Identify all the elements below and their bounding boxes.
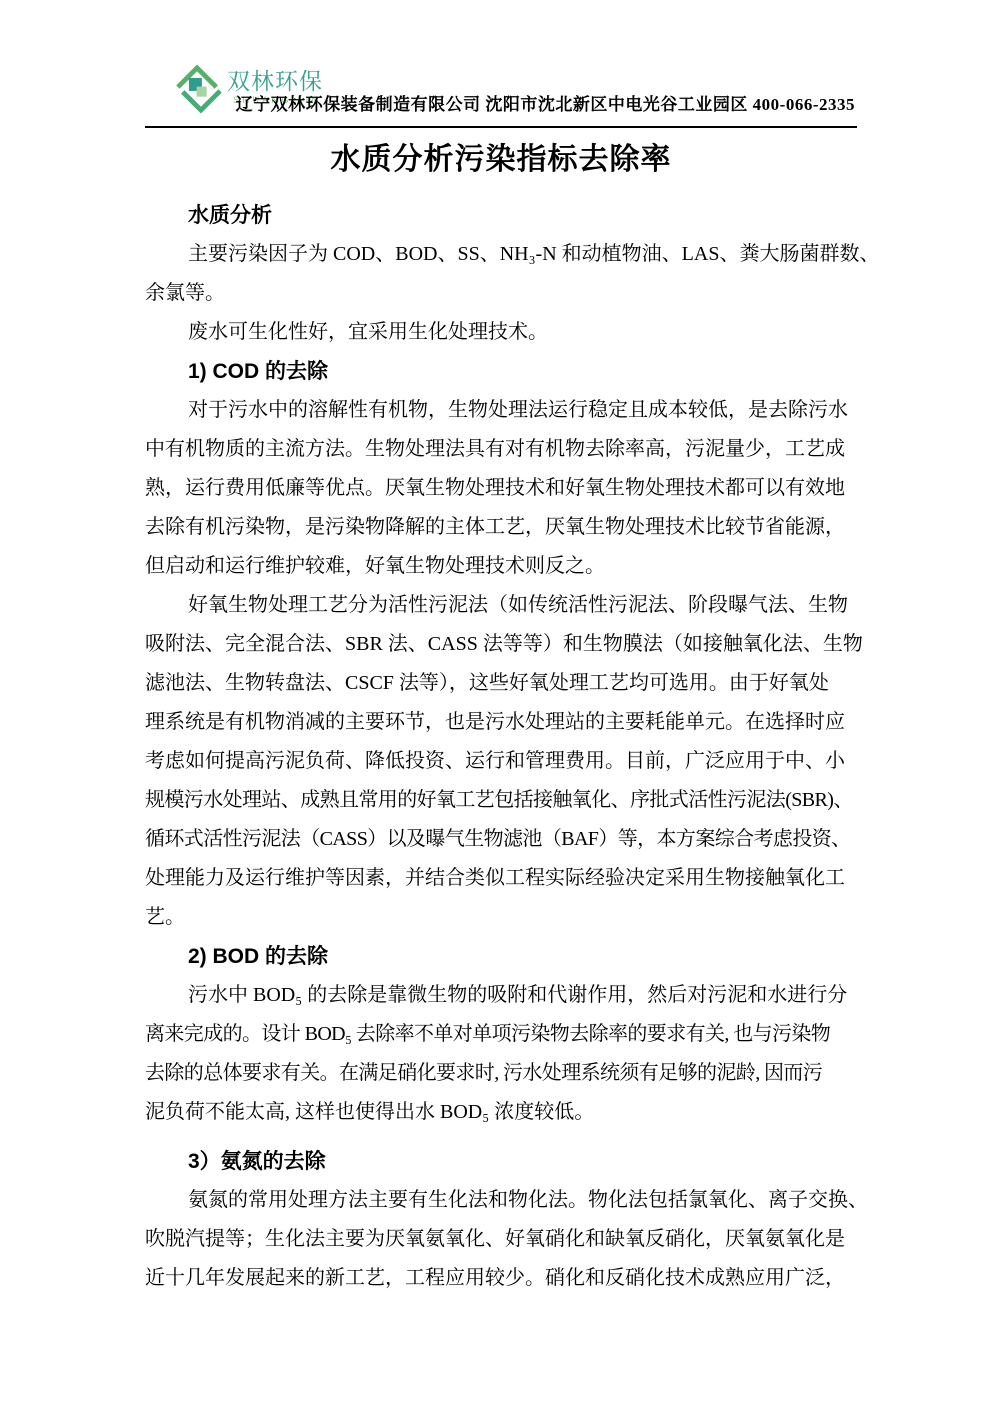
document-page: 双林环保 SHUANG LIN 辽宁双林环保装备制造有限公司 沈阳市沈北新区中电… [0,0,1000,1414]
body-line: 考虑如何提高污泥负荷、降低投资、运行和管理费用。目前，广泛应用于中、小 [145,742,857,781]
body-line: 吹脱汽提等；生化法主要为厌氧氨氧化、好氧硝化和缺氧反硝化，厌氧氨氧化是 [145,1220,857,1259]
body-line: 废水可生化性好，宜采用生化处理技术。 [145,313,857,352]
section-heading-bod-removal: 2) BOD 的去除 [145,937,857,976]
paragraph: 主要污染因子为 COD、BOD、SS、NH₃-N 和动植物油、LAS、粪大肠菌群… [145,235,857,313]
body-line: 理系统是有机物消减的主要环节，也是污水处理站的主要耗能单元。在选择时应 [145,703,857,742]
paragraph: 废水可生化性好，宜采用生化处理技术。 [145,313,857,352]
body-line: 但启动和运行维护较难，好氧生物处理技术则反之。 [145,547,857,586]
document-title: 水质分析污染指标去除率 [145,138,857,182]
paragraph: 好氧生物处理工艺分为活性污泥法（如传统活性污泥法、阶段曝气法、生物 吸附法、完全… [145,586,857,937]
company-contact-line: 辽宁双林环保装备制造有限公司 沈阳市沈北新区中电光谷工业园区 400-066-2… [236,90,855,115]
body-line: 去除有机污染物，是污染物降解的主体工艺，厌氧生物处理技术比较节省能源， [145,508,857,547]
body-line: 泥负荷不能太高, 这样也使得出水 BOD₅ 浓度较低。 [145,1093,857,1132]
document-body: 水质分析污染指标去除率 水质分析 主要污染因子为 COD、BOD、SS、NH₃-… [145,138,857,1298]
body-line: 好氧生物处理工艺分为活性污泥法（如传统活性污泥法、阶段曝气法、生物 [145,586,857,625]
body-line: 中有机物质的主流方法。生物处理法具有对有机物去除率高，污泥量少，工艺成 [145,430,857,469]
body-line: 离来完成的。设计 BOD₅ 去除率不单对单项污染物去除率的要求有关, 也与污染物 [145,1015,857,1054]
paragraph: 污水中 BOD₅ 的去除是靠微生物的吸附和代谢作用，然后对污泥和水进行分 离来完… [145,976,857,1132]
header-divider [145,126,857,128]
body-line: 循环式活性污泥法（CASS）以及曝气生物滤池（BAF）等，本方案综合考虑投资、 [145,820,857,859]
body-line: 近十几年发展起来的新工艺，工程应用较少。硝化和反硝化技术成熟应用广泛， [145,1259,857,1298]
paragraph: 对于污水中的溶解性有机物，生物处理法运行稳定且成本较低，是去除污水 中有机物质的… [145,391,857,586]
section-heading-ammonia-removal: 3）氨氮的去除 [145,1142,857,1181]
section-heading-cod-removal: 1) COD 的去除 [145,352,857,391]
section-heading-water-quality: 水质分析 [145,196,857,235]
body-line: 吸附法、完全混合法、SBR 法、CASS 法等等）和生物膜法（如接触氧化法、生物 [145,625,857,664]
body-line: 去除的总体要求有关。在满足硝化要求时, 污水处理系统须有足够的泥龄, 因而污 [145,1054,857,1093]
body-line: 污水中 BOD₅ 的去除是靠微生物的吸附和代谢作用，然后对污泥和水进行分 [145,976,857,1015]
page-header: 双林环保 SHUANG LIN 辽宁双林环保装备制造有限公司 沈阳市沈北新区中电… [145,60,855,126]
body-line: 艺。 [145,898,857,937]
paragraph: 氨氮的常用处理方法主要有生化法和物化法。物化法包括氯氧化、离子交换、 吹脱汽提等… [145,1181,857,1298]
body-line: 处理能力及运行维护等因素，并结合类似工程实际经验决定采用生物接触氧化工 [145,859,857,898]
body-line: 对于污水中的溶解性有机物，生物处理法运行稳定且成本较低，是去除污水 [145,391,857,430]
logo-diamond-icon [175,64,223,114]
body-line: 氨氮的常用处理方法主要有生化法和物化法。物化法包括氯氧化、离子交换、 [145,1181,857,1220]
body-line: 余氯等。 [145,274,857,313]
body-line: 规模污水处理站、成熟且常用的好氧工艺包括接触氧化、序批式活性污泥法(SBR)、 [145,781,857,820]
body-line: 主要污染因子为 COD、BOD、SS、NH₃-N 和动植物油、LAS、粪大肠菌群… [145,235,857,274]
body-line: 滤池法、生物转盘法、CSCF 法等），这些好氧处理工艺均可选用。由于好氧处 [145,664,857,703]
body-line: 熟，运行费用低廉等优点。厌氧生物处理技术和好氧生物处理技术都可以有效地 [145,469,857,508]
